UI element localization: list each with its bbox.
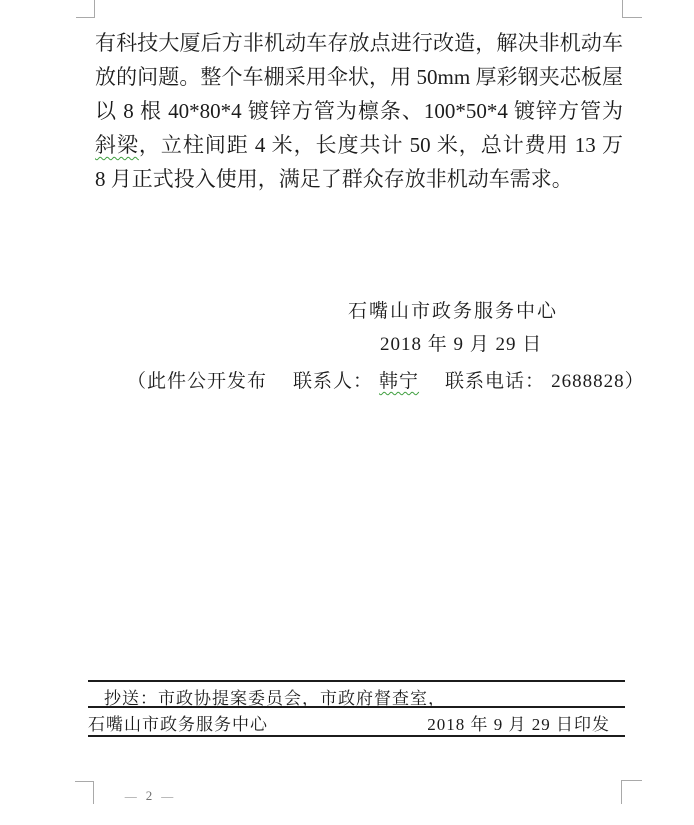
body-line-4-text: ，立柱间距 4 米，长度共计 50 米，总计费用 13 万元。已于 — [95, 133, 623, 162]
issue-row: 石嘴山市政务服务中心 2018 年 9 月 29 日印发 — [88, 710, 610, 735]
page-number-value: 2 — [146, 788, 153, 804]
issuer-name: 石嘴山市政务服务中心 — [88, 710, 268, 735]
signature-date: 2018 年 9 月 29 日 — [380, 329, 542, 356]
body-line-1-text: 有科技大厦后方非机动车存放点进行改造，解决非机动车露天存 — [95, 31, 623, 60]
page-number-dash-right: — — [161, 789, 173, 804]
page-number: — 2 — — [108, 788, 190, 804]
margin-corner-mark-top-left — [76, 0, 95, 18]
footer-rule-top — [88, 680, 625, 682]
body-line-3-text: 以 8 根 40*80*4 镀锌方管为檩条、100*50*4 镀锌方管为 — [95, 99, 623, 123]
body-line-4: 斜梁，立柱间距 4 米，长度共计 50 米，总计费用 13 万元。已于 — [95, 128, 623, 162]
contact-phone-value: 2688828） — [551, 371, 645, 392]
contact-person-label: 联系人： — [293, 371, 373, 392]
body-line-5-text: 8 月正式投入使用，满足了群众存放非机动车需求。 — [95, 167, 573, 191]
body-line-5: 8 月正式投入使用，满足了群众存放非机动车需求。 — [95, 162, 623, 196]
margin-corner-mark-bottom-left — [75, 781, 94, 804]
body-line-2-text: 放的问题。整个车棚采用伞状，用 50mm 厚彩钢夹芯板屋面建造， — [95, 65, 623, 94]
body-line-4-spellcheck-text: 斜梁 — [95, 133, 139, 157]
public-release-note: （此件公开发布 — [127, 371, 267, 392]
page-number-dash-left: — — [125, 789, 137, 804]
body-line-2: 放的问题。整个车棚采用伞状，用 50mm 厚彩钢夹芯板屋面建造， — [95, 60, 623, 94]
contact-line: （此件公开发布联系人：韩宁联系电话：2688828） — [127, 366, 645, 393]
footer-rule-bottom — [88, 735, 625, 737]
body-line-1: 有科技大厦后方非机动车存放点进行改造，解决非机动车露天存 — [95, 26, 623, 60]
body-line-3: 以 8 根 40*80*4 镀锌方管为檩条、100*50*4 镀锌方管为斜撑及 — [95, 94, 623, 128]
footer-rule-middle — [88, 706, 625, 708]
margin-corner-mark-top-right — [622, 0, 642, 18]
document-page: 有科技大厦后方非机动车存放点进行改造，解决非机动车露天存 放的问题。整个车棚采用… — [0, 0, 694, 825]
margin-corner-mark-bottom-right — [621, 780, 642, 804]
contact-phone-label: 联系电话： — [445, 371, 545, 392]
signature-organization: 石嘴山市政务服务中心 — [348, 296, 558, 323]
print-date: 2018 年 9 月 29 日印发 — [427, 710, 610, 735]
contact-person-name: 韩宁 — [379, 371, 419, 392]
body-paragraph: 有科技大厦后方非机动车存放点进行改造，解决非机动车露天存 放的问题。整个车棚采用… — [95, 26, 623, 196]
